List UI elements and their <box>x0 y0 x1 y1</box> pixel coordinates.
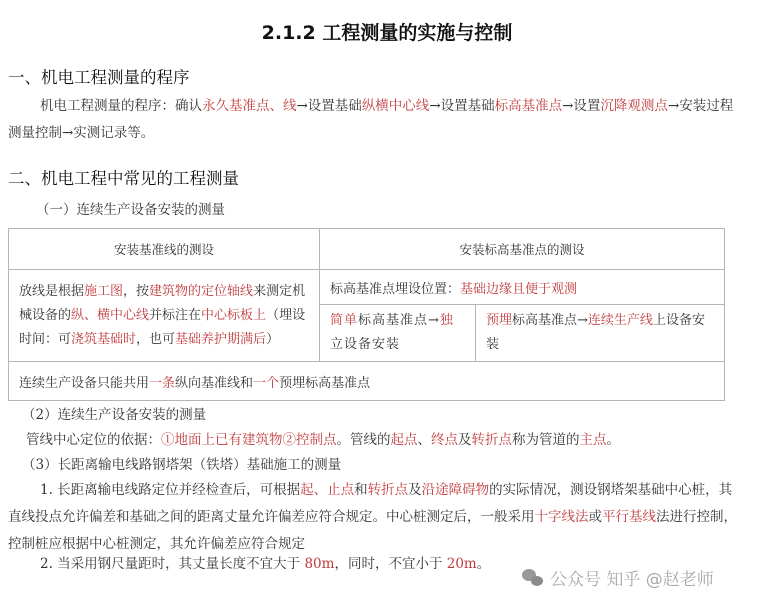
item3-title: （3）长距离输电线路钢塔架（铁塔）基础施工的测量 <box>22 452 341 479</box>
page-title: 2.1.2 工程测量的实施与控制 <box>0 18 774 45</box>
section2-heading: 二、机电工程中常见的工程测量 <box>8 165 239 189</box>
item3-paragraph-2: 2. 当采用钢尺量距时，其丈量长度不宜大于 80m，同时，不宜小于 20m。 <box>40 551 490 578</box>
item2-body: 管线中心定位的依据：①地面上已有建筑物②控制点。管线的起点、终点及转折点称为管道… <box>26 427 620 454</box>
section1-paragraph: 机电工程测量的程序：确认永久基准点、线→设置基础纵横中心线→设置基础标高基准点→… <box>8 93 738 147</box>
wechat-icon <box>522 569 544 587</box>
table-cell-embedded-point: 预埋标高基准点→连续生产线上设备安装 <box>476 305 725 362</box>
item3-paragraph-1: 1. 长距离输电线路定位并经检查后，可根据起、止点和转折点及沿途障碍物的实际情况… <box>8 477 743 558</box>
subsection-title: （一）连续生产设备安装的测量 <box>36 197 225 224</box>
table-header-elevation: 安装标高基准点的测设 <box>320 229 725 270</box>
section1-heading: 一、机电工程测量的程序 <box>8 64 190 88</box>
table-cell-simple-point: 简单标高基准点→独立设备安装 <box>320 305 476 362</box>
watermark-text: 公众号 知乎 @赵老师 <box>550 565 714 590</box>
table-cell-elevation-position: 标高基准点埋设位置：基础边缘且便于观测 <box>320 270 725 305</box>
table-header-baseline: 安装基准线的测设 <box>9 229 320 270</box>
measurement-table: 安装基准线的测设 安装标高基准点的测设 放线是根据施工图，按建筑物的定位轴线来测… <box>8 228 725 401</box>
table-cell-baseline-body: 放线是根据施工图，按建筑物的定位轴线来测定机械设备的纵、横中心线并标注在中心标板… <box>9 270 320 362</box>
table-footer-note: 连续生产设备只能共用一条纵向基准线和一个预埋标高基准点 <box>9 362 725 401</box>
item2-title: （2）连续生产设备安装的测量 <box>22 402 206 429</box>
watermark: 公众号 知乎 @赵老师 <box>522 565 714 590</box>
